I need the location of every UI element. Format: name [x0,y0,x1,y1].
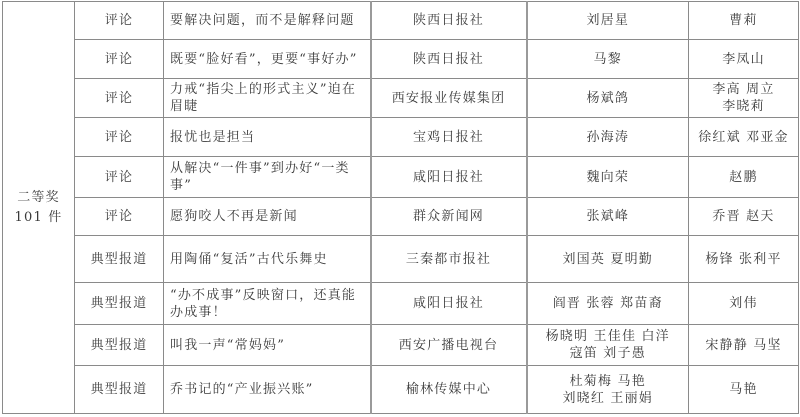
title-cell: 既要“脸好看”，更要“事好办” [164,40,371,79]
award-group-cell: 二等奖 101 件 [3,2,75,414]
author-cell: 魏向荣 [527,157,689,198]
unit-cell: 榆林传媒中心 [371,366,527,414]
editor-cell: 徐红斌 邓亚金 [689,118,799,157]
title-cell: 乔书记的“产业振兴账” [164,366,371,414]
table-row: 评论 愿狗咬人不再是新闻 群众新闻网 张斌峰 乔晋 赵天 [3,198,799,236]
category-cell: 评论 [75,2,164,40]
editor-cell: 杨锋 张利平 [689,236,799,283]
title-cell: 叫我一声“常妈妈” [164,325,371,366]
category-cell: 典型报道 [75,283,164,325]
title-cell: “办不成事”反映窗口，还真能办成事！ [164,283,371,325]
editor-cell: 曹莉 [689,2,799,40]
title-cell: 愿狗咬人不再是新闻 [164,198,371,236]
title-cell: 从解决“一件事”到办好“一类事” [164,157,371,198]
unit-cell: 群众新闻网 [371,198,527,236]
table-row: 典型报道 叫我一声“常妈妈” 西安广播电视台 杨晓明 王佳佳 白洋 寇笛 刘子愚… [3,325,799,366]
editor-cell: 李高 周立 李晓莉 [689,79,799,118]
category-cell: 评论 [75,198,164,236]
category-cell: 评论 [75,40,164,79]
author-cell: 杜菊梅 马艳 刘晓红 王丽娟 [527,366,689,414]
author-cell: 张斌峰 [527,198,689,236]
category-cell: 评论 [75,79,164,118]
unit-cell: 西安广播电视台 [371,325,527,366]
table-row: 典型报道 “办不成事”反映窗口，还真能办成事！ 咸阳日报社 阎晋 张蓉 郑苗裔 … [3,283,799,325]
category-cell: 评论 [75,118,164,157]
unit-cell: 咸阳日报社 [371,283,527,325]
award-level: 二等奖 [7,188,70,208]
category-cell: 典型报道 [75,236,164,283]
author-cell: 孙海涛 [527,118,689,157]
author-cell: 杨斌鸽 [527,79,689,118]
author-cell: 阎晋 张蓉 郑苗裔 [527,283,689,325]
table-row: 评论 既要“脸好看”，更要“事好办” 陕西日报社 马黎 李凤山 [3,40,799,79]
category-cell: 评论 [75,157,164,198]
unit-cell: 咸阳日报社 [371,157,527,198]
title-cell: 用陶俑“复活”古代乐舞史 [164,236,371,283]
table-row: 典型报道 用陶俑“复活”古代乐舞史 三秦都市报社 刘国英 夏明勤 杨锋 张利平 [3,236,799,283]
unit-cell: 西安报业传媒集团 [371,79,527,118]
author-cell: 刘居星 [527,2,689,40]
category-cell: 典型报道 [75,366,164,414]
awards-table: 二等奖 101 件 评论 要解决问题，而不是解释问题 陕西日报社 刘居星 曹莉 … [2,1,799,414]
author-cell: 刘国英 夏明勤 [527,236,689,283]
title-cell: 报忧也是担当 [164,118,371,157]
author-cell: 杨晓明 王佳佳 白洋 寇笛 刘子愚 [527,325,689,366]
unit-cell: 陕西日报社 [371,2,527,40]
table-row: 二等奖 101 件 评论 要解决问题，而不是解释问题 陕西日报社 刘居星 曹莉 [3,2,799,40]
editor-cell: 宋静静 马坚 [689,325,799,366]
table-row: 评论 报忧也是担当 宝鸡日报社 孙海涛 徐红斌 邓亚金 [3,118,799,157]
table-row: 评论 从解决“一件事”到办好“一类事” 咸阳日报社 魏向荣 赵鹏 [3,157,799,198]
editor-cell: 刘伟 [689,283,799,325]
table-row: 典型报道 乔书记的“产业振兴账” 榆林传媒中心 杜菊梅 马艳 刘晓红 王丽娟 马… [3,366,799,414]
editor-cell: 赵鹏 [689,157,799,198]
unit-cell: 宝鸡日报社 [371,118,527,157]
title-cell: 要解决问题，而不是解释问题 [164,2,371,40]
award-count: 101 件 [7,208,70,228]
editor-cell: 李凤山 [689,40,799,79]
category-cell: 典型报道 [75,325,164,366]
table-row: 评论 力戒“指尖上的形式主义”迫在眉睫 西安报业传媒集团 杨斌鸽 李高 周立 李… [3,79,799,118]
title-cell: 力戒“指尖上的形式主义”迫在眉睫 [164,79,371,118]
editor-cell: 马艳 [689,366,799,414]
author-cell: 马黎 [527,40,689,79]
unit-cell: 三秦都市报社 [371,236,527,283]
unit-cell: 陕西日报社 [371,40,527,79]
editor-cell: 乔晋 赵天 [689,198,799,236]
